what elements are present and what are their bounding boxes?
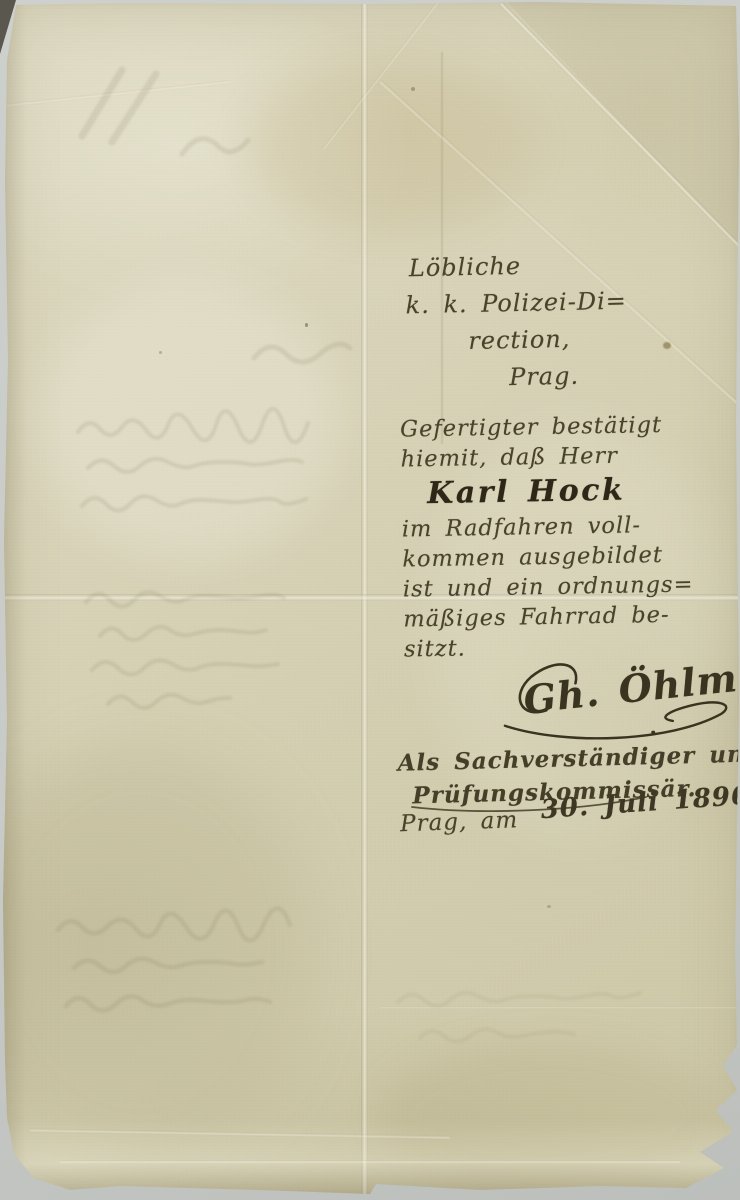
paper-stain <box>380 1040 720 1190</box>
dust-speck <box>159 351 162 354</box>
paper-stain <box>40 280 340 560</box>
dust-speck <box>411 87 415 91</box>
diagonal-crease-upper <box>499 2 740 248</box>
crease-bottom-edge <box>60 1160 680 1164</box>
paper-stain <box>0 740 320 1160</box>
crease-top-left <box>0 80 229 108</box>
vertical-center-fold <box>361 0 368 1200</box>
certified-person-name: Karl Hock <box>427 469 692 514</box>
scanned-letter: Löbliche k. k. Polizei-Di= rection, Prag… <box>0 0 740 1200</box>
address-line-1: Löbliche <box>408 246 626 288</box>
address-line-3: rection, <box>468 320 628 360</box>
corner-fold-shading <box>0 0 740 460</box>
worn-bottom-edge <box>0 1120 740 1200</box>
dust-speck <box>305 323 308 327</box>
paper-stain <box>250 60 530 230</box>
signature: Gh. Öhlmen <box>482 642 740 755</box>
address-line-2: k. k. Polizei-Di= <box>405 283 627 325</box>
crease-bottom-right <box>380 1006 736 1009</box>
worn-left-edge <box>0 0 26 1200</box>
body-line-1: Gefertigter bestätigt <box>400 409 691 444</box>
dust-speck <box>547 905 551 908</box>
ink-spot <box>663 342 671 349</box>
diagonal-crease-center <box>322 0 442 150</box>
recipient-address-block: Löbliche k. k. Polizei-Di= rection, Prag… <box>404 246 628 399</box>
signature-text: Gh. Öhlmen <box>521 649 740 722</box>
place-and-preposition: Prag, am <box>400 807 519 837</box>
address-line-4: Prag. <box>509 357 629 396</box>
body-line-6: mäßiges Fahrrad be- <box>403 599 694 634</box>
crease-bottom <box>30 1128 450 1139</box>
letter-body: Gefertigter bestätigt hiemit, daß Herr K… <box>400 409 695 664</box>
letter-paper: Löbliche k. k. Polizei-Di= rection, Prag… <box>0 0 740 1200</box>
